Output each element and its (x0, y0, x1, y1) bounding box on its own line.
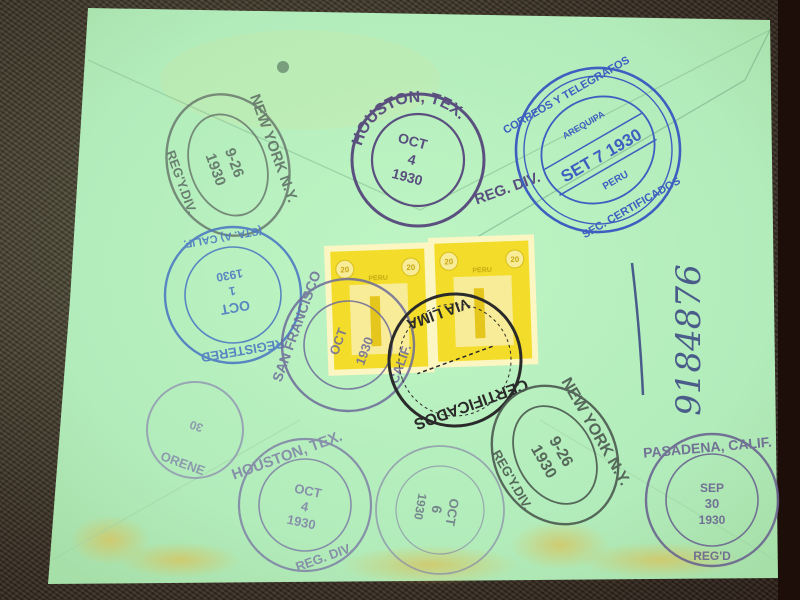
handwritten-number: 9184876 (669, 264, 709, 415)
envelope-drawing: HOUSTON, TEX. REG. DIV. OCT 4 1930 CORRE… (0, 0, 800, 600)
svg-text:REG'D: REG'D (693, 549, 731, 563)
svg-text:20: 20 (444, 257, 454, 266)
svg-text:30: 30 (705, 496, 719, 511)
svg-text:20: 20 (510, 255, 520, 264)
svg-text:PERU: PERU (472, 267, 492, 275)
svg-text:9184876: 9184876 (669, 264, 709, 415)
envelope: HOUSTON, TEX. REG. DIV. OCT 4 1930 CORRE… (0, 0, 800, 600)
svg-text:PERU: PERU (368, 275, 388, 283)
svg-text:1930: 1930 (699, 513, 726, 527)
svg-text:20: 20 (406, 263, 416, 272)
svg-text:SEP: SEP (700, 481, 724, 495)
svg-text:20: 20 (340, 265, 350, 274)
